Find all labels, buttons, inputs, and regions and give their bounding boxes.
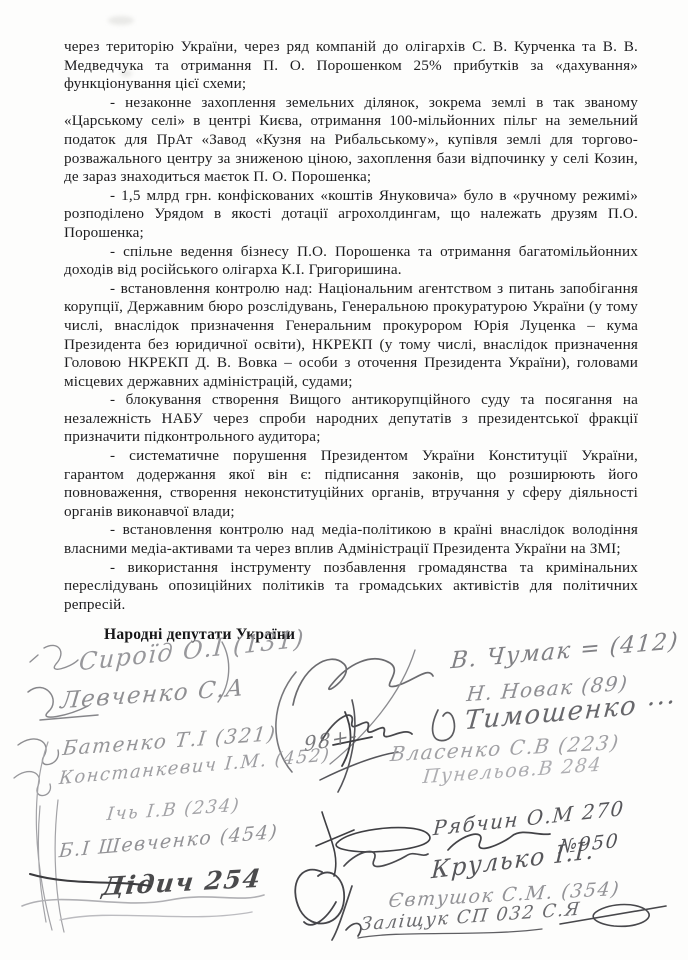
signature-scribble [320,752,398,780]
signature: Рябчин О.М 270 [432,796,625,840]
signature: Б.І Шевченко (454) [58,821,279,862]
paragraph: - систематичне порушення Президентом Укр… [64,447,638,521]
signature-scribble [22,895,264,906]
signature-scribble [321,715,412,742]
signature-scribble [333,712,372,766]
paragraph: - 1,5 млрд грн. конфіскованих «коштів Ян… [64,187,638,243]
signature: Констанкевич І.М. (452) [58,744,331,789]
signature-scribble [560,905,666,927]
signature-scribble [316,812,430,876]
signature: Євтушок С.М. (354) [387,878,621,912]
signature-scribble [14,772,50,796]
signature-scribble [433,710,455,741]
signature: Левченко С.А [59,675,246,714]
signature-scribble [36,742,64,932]
signature-scribble [344,851,428,866]
signatures-heading: Народні депутати України [104,626,295,644]
signature: Н. Новак (89) [465,671,629,707]
signature-scribble [293,659,433,705]
signature-scribble [18,739,58,765]
paragraph: - спільне ведення бізнесу П.О. Порошенка… [64,243,638,280]
signature: Заліщук СП 032 С.Я [360,899,582,936]
signature-scribble [295,870,344,925]
signature-scribble [448,832,550,850]
signature: №950 [558,830,619,859]
document-page: через територію України, через ряд компа… [0,0,688,960]
signature: Крулько І.І. [431,836,596,884]
paragraph: - незаконне захоплення земельних ділянок… [64,94,638,187]
signature: 98+- [304,722,358,756]
paragraph: - блокування створення Вищого антикорупц… [64,391,638,447]
paragraph: через територію України, через ряд компа… [64,38,638,94]
signature-scribble [332,886,361,940]
signature-scribble [30,645,78,669]
signature-scribble [276,672,296,772]
scan-smudge [108,16,134,25]
paragraph: - встановлення контролю над медіа-політи… [64,521,638,558]
signature-scribble [338,700,355,792]
signature: Тимошенко ··· [463,688,677,737]
signature: Ічь І.В (234) [106,795,241,826]
paragraph: - використання інструменту позбавлення г… [64,559,638,615]
signature: Власенко С.В (223) [389,730,621,766]
signature: Дідич 254 [100,864,263,902]
paragraph: - встановлення контролю над: Національни… [64,280,638,392]
signature-scribble [30,874,150,886]
signature-scribble [218,642,229,702]
signature-scribble [28,687,98,720]
document-body: через територію України, через ряд компа… [64,38,638,614]
signature: Пунельов.В 284 [422,753,604,788]
signature-scribble [60,912,252,920]
signature: В. Чумак = (412) [450,628,680,674]
signature: Батенко Т.І (321) [61,721,277,760]
signature-scribble [330,650,415,764]
signature-scribble [358,929,542,938]
